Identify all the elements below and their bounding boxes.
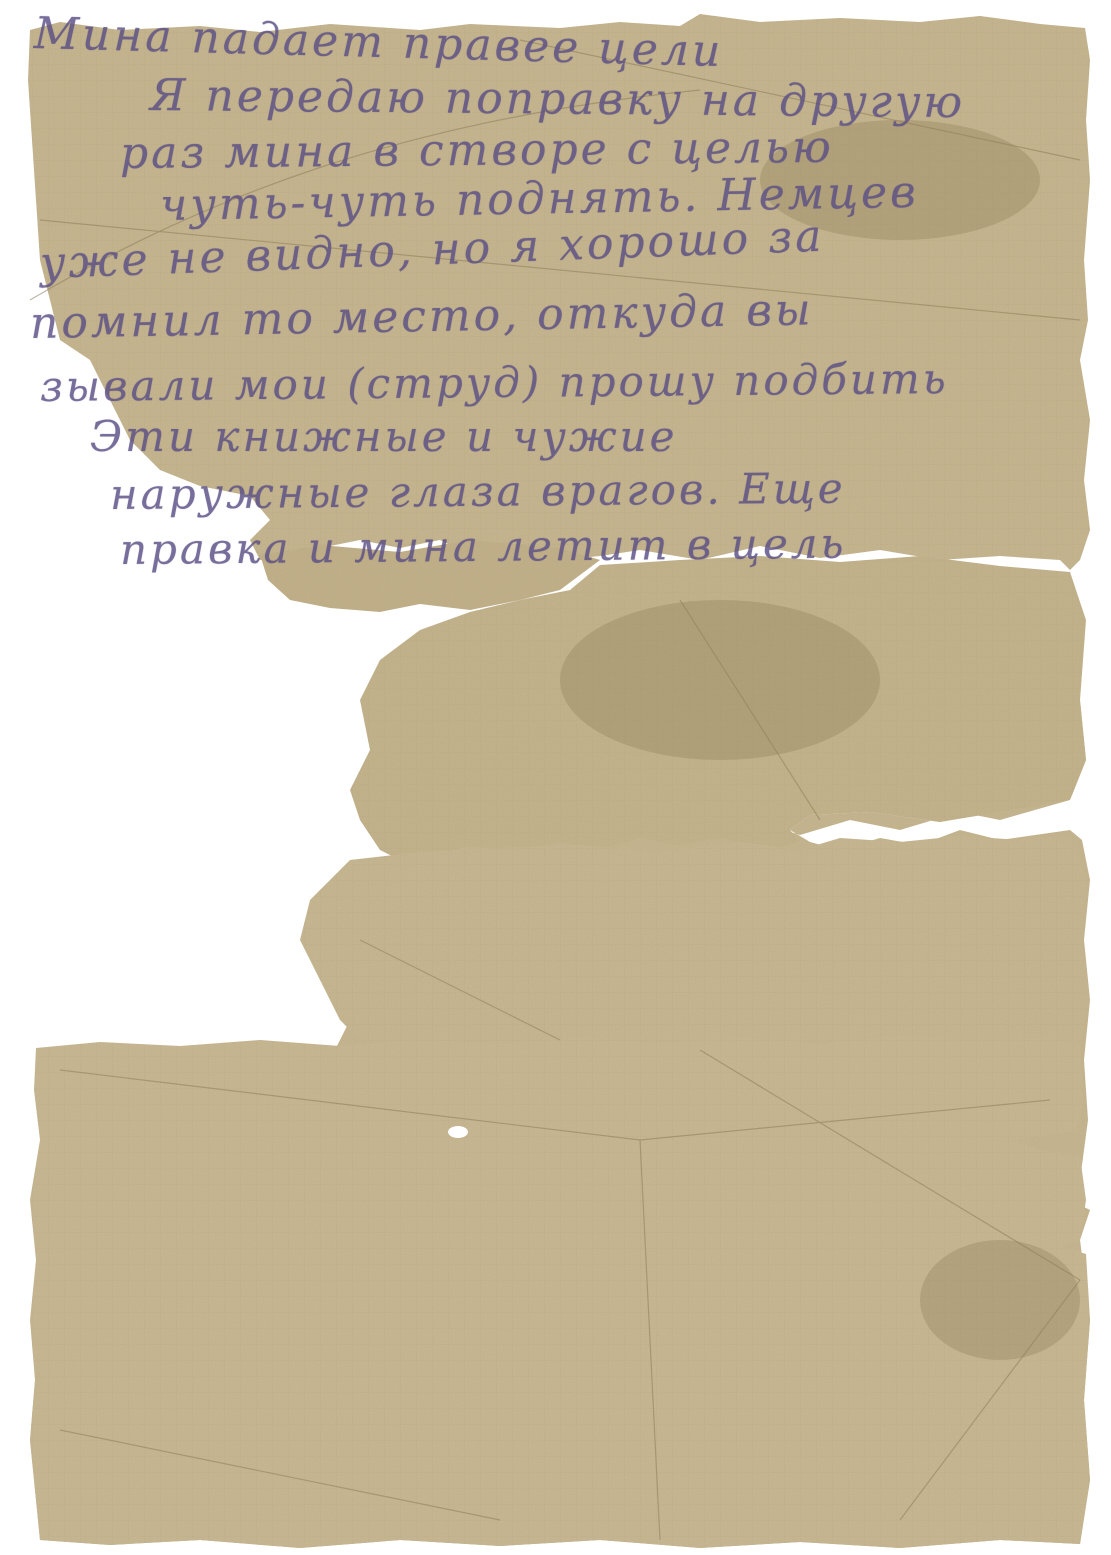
text-line: наружные глаза врагов. Еще xyxy=(110,464,846,519)
text-line: правка и мина летит в цель xyxy=(120,519,847,574)
text-line: помнил то место, откуда вы xyxy=(30,284,815,349)
letter-sheet: Мина падает правее цели Я передаю поправ… xyxy=(0,0,1111,1555)
text-line: Эти книжные и чужие xyxy=(90,412,678,461)
text-line: Мина падает правее цели xyxy=(33,8,724,77)
handwritten-text: Мина падает правее цели Я передаю поправ… xyxy=(0,0,1111,1555)
text-line: зывали мои (струд) прошу подбить xyxy=(40,354,949,411)
text-line: Я передаю поправку на другую xyxy=(150,70,966,128)
